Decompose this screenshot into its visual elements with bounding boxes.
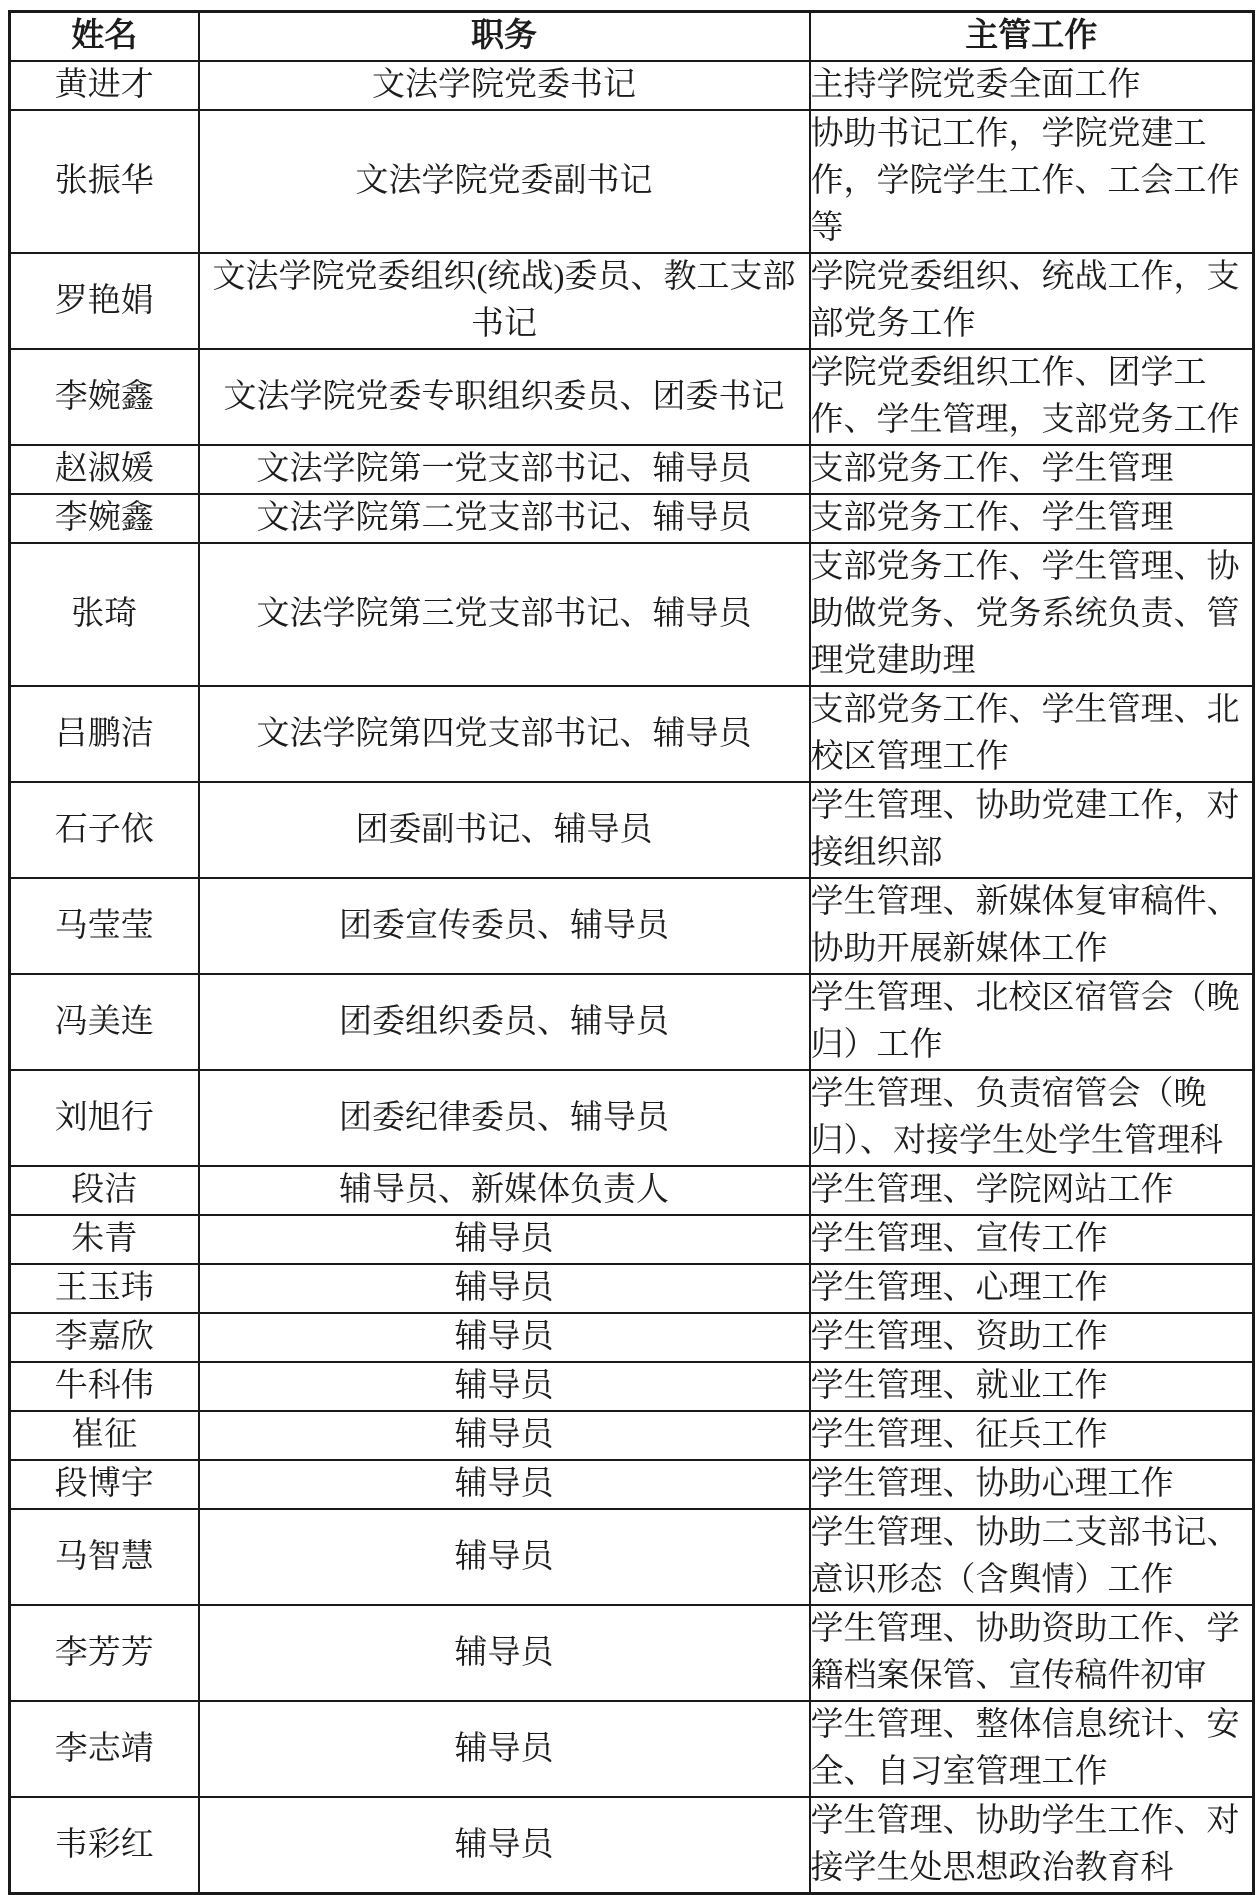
table-row: 李志靖 辅导员 学生管理、整体信息统计、安全、自习室管理工作 (10, 1701, 1254, 1797)
table-row: 朱青 辅导员 学生管理、宣传工作 (10, 1215, 1254, 1264)
position-cell: 团委纪律委员、辅导员 (199, 1070, 810, 1166)
column-header-position: 职务 (199, 12, 810, 62)
duty-cell: 支部党务工作、学生管理、协助做党务、党务系统负责、管理党建助理 (810, 543, 1254, 686)
position-cell: 辅导员 (199, 1215, 810, 1264)
position-cell: 辅导员 (199, 1460, 810, 1509)
duty-cell: 支部党务工作、学生管理 (810, 494, 1254, 543)
table-row: 牛科伟 辅导员 学生管理、就业工作 (10, 1362, 1254, 1411)
position-cell: 辅导员 (199, 1797, 810, 1894)
duty-cell: 学生管理、协助二支部书记、意识形态（含舆情）工作 (810, 1509, 1254, 1605)
staff-table: 姓名 职务 主管工作 黄进才 文法学院党委书记 主持学院党委全面工作 张振华 文… (8, 10, 1255, 1895)
duty-cell: 主持学院党委全面工作 (810, 61, 1254, 110)
name-cell: 石子依 (10, 782, 199, 878)
table-row: 崔征 辅导员 学生管理、征兵工作 (10, 1411, 1254, 1460)
position-cell: 文法学院党委副书记 (199, 110, 810, 253)
name-cell: 马智慧 (10, 1509, 199, 1605)
table-row: 赵淑媛 文法学院第一党支部书记、辅导员 支部党务工作、学生管理 (10, 445, 1254, 494)
duty-cell: 学生管理、负责宿管会（晚归）、对接学生处学生管理科 (810, 1070, 1254, 1166)
position-cell: 文法学院第四党支部书记、辅导员 (199, 686, 810, 782)
table-row: 李芳芳 辅导员 学生管理、协助资助工作、学籍档案保管、宣传稿件初审 (10, 1605, 1254, 1701)
position-cell: 辅导员 (199, 1411, 810, 1460)
name-cell: 崔征 (10, 1411, 199, 1460)
duty-cell: 学院党委组织、统战工作，支部党务工作 (810, 253, 1254, 349)
duty-cell: 学生管理、整体信息统计、安全、自习室管理工作 (810, 1701, 1254, 1797)
duty-cell: 学生管理、资助工作 (810, 1313, 1254, 1362)
table-row: 李嘉欣 辅导员 学生管理、资助工作 (10, 1313, 1254, 1362)
duty-cell: 学生管理、协助资助工作、学籍档案保管、宣传稿件初审 (810, 1605, 1254, 1701)
table-row: 马莹莹 团委宣传委员、辅导员 学生管理、新媒体复审稿件、协助开展新媒体工作 (10, 878, 1254, 974)
duty-cell: 学生管理、征兵工作 (810, 1411, 1254, 1460)
name-cell: 吕鹏洁 (10, 686, 199, 782)
position-cell: 团委副书记、辅导员 (199, 782, 810, 878)
name-cell: 刘旭行 (10, 1070, 199, 1166)
duty-cell: 支部党务工作、学生管理、北校区管理工作 (810, 686, 1254, 782)
name-cell: 李志靖 (10, 1701, 199, 1797)
table-row: 马智慧 辅导员 学生管理、协助二支部书记、意识形态（含舆情）工作 (10, 1509, 1254, 1605)
duty-cell: 学生管理、新媒体复审稿件、协助开展新媒体工作 (810, 878, 1254, 974)
duty-cell: 学生管理、心理工作 (810, 1264, 1254, 1313)
position-cell: 文法学院第一党支部书记、辅导员 (199, 445, 810, 494)
position-cell: 文法学院第三党支部书记、辅导员 (199, 543, 810, 686)
position-cell: 团委宣传委员、辅导员 (199, 878, 810, 974)
position-cell: 辅导员 (199, 1605, 810, 1701)
name-cell: 李婉鑫 (10, 494, 199, 543)
name-cell: 李芳芳 (10, 1605, 199, 1701)
position-cell: 辅导员、新媒体负责人 (199, 1166, 810, 1215)
table-row: 吕鹏洁 文法学院第四党支部书记、辅导员 支部党务工作、学生管理、北校区管理工作 (10, 686, 1254, 782)
position-cell: 文法学院第二党支部书记、辅导员 (199, 494, 810, 543)
position-cell: 文法学院党委组织(统战)委员、教工支部书记 (199, 253, 810, 349)
table-row: 石子依 团委副书记、辅导员 学生管理、协助党建工作，对接组织部 (10, 782, 1254, 878)
duty-cell: 学生管理、宣传工作 (810, 1215, 1254, 1264)
name-cell: 王玉玮 (10, 1264, 199, 1313)
name-cell: 段洁 (10, 1166, 199, 1215)
name-cell: 段博宇 (10, 1460, 199, 1509)
table-row: 段博宇 辅导员 学生管理、协助心理工作 (10, 1460, 1254, 1509)
duty-cell: 学生管理、协助学生工作、对接学生处思想政治教育科 (810, 1797, 1254, 1894)
position-cell: 辅导员 (199, 1362, 810, 1411)
name-cell: 李嘉欣 (10, 1313, 199, 1362)
position-cell: 辅导员 (199, 1313, 810, 1362)
duty-cell: 学生管理、协助心理工作 (810, 1460, 1254, 1509)
position-cell: 辅导员 (199, 1701, 810, 1797)
name-cell: 黄进才 (10, 61, 199, 110)
duty-cell: 学生管理、协助党建工作，对接组织部 (810, 782, 1254, 878)
position-cell: 文法学院党委专职组织委员、团委书记 (199, 349, 810, 445)
column-header-name: 姓名 (10, 12, 199, 62)
table-row: 罗艳娟 文法学院党委组织(统战)委员、教工支部书记 学院党委组织、统战工作，支部… (10, 253, 1254, 349)
name-cell: 张琦 (10, 543, 199, 686)
name-cell: 朱青 (10, 1215, 199, 1264)
table-row: 李婉鑫 文法学院党委专职组织委员、团委书记 学院党委组织工作、团学工作、学生管理… (10, 349, 1254, 445)
duty-cell: 学生管理、北校区宿管会（晚归）工作 (810, 974, 1254, 1070)
name-cell: 罗艳娟 (10, 253, 199, 349)
table-row: 张振华 文法学院党委副书记 协助书记工作，学院党建工作，学院学生工作、工会工作等 (10, 110, 1254, 253)
name-cell: 赵淑媛 (10, 445, 199, 494)
table-row: 李婉鑫 文法学院第二党支部书记、辅导员 支部党务工作、学生管理 (10, 494, 1254, 543)
table-row: 韦彩红 辅导员 学生管理、协助学生工作、对接学生处思想政治教育科 (10, 1797, 1254, 1894)
duty-cell: 学生管理、就业工作 (810, 1362, 1254, 1411)
name-cell: 马莹莹 (10, 878, 199, 974)
table-row: 王玉玮 辅导员 学生管理、心理工作 (10, 1264, 1254, 1313)
name-cell: 韦彩红 (10, 1797, 199, 1894)
name-cell: 张振华 (10, 110, 199, 253)
duty-cell: 支部党务工作、学生管理 (810, 445, 1254, 494)
table-row: 刘旭行 团委纪律委员、辅导员 学生管理、负责宿管会（晚归）、对接学生处学生管理科 (10, 1070, 1254, 1166)
position-cell: 团委组织委员、辅导员 (199, 974, 810, 1070)
position-cell: 辅导员 (199, 1264, 810, 1313)
duty-cell: 学院党委组织工作、团学工作、学生管理，支部党务工作 (810, 349, 1254, 445)
column-header-duty: 主管工作 (810, 12, 1254, 62)
duty-cell: 协助书记工作，学院党建工作，学院学生工作、工会工作等 (810, 110, 1254, 253)
table-row: 张琦 文法学院第三党支部书记、辅导员 支部党务工作、学生管理、协助做党务、党务系… (10, 543, 1254, 686)
name-cell: 牛科伟 (10, 1362, 199, 1411)
table-row: 冯美连 团委组织委员、辅导员 学生管理、北校区宿管会（晚归）工作 (10, 974, 1254, 1070)
header-row: 姓名 职务 主管工作 (10, 12, 1254, 62)
position-cell: 文法学院党委书记 (199, 61, 810, 110)
table-row: 段洁 辅导员、新媒体负责人 学生管理、学院网站工作 (10, 1166, 1254, 1215)
name-cell: 李婉鑫 (10, 349, 199, 445)
table-row: 黄进才 文法学院党委书记 主持学院党委全面工作 (10, 61, 1254, 110)
duty-cell: 学生管理、学院网站工作 (810, 1166, 1254, 1215)
position-cell: 辅导员 (199, 1509, 810, 1605)
name-cell: 冯美连 (10, 974, 199, 1070)
document-page: 姓名 职务 主管工作 黄进才 文法学院党委书记 主持学院党委全面工作 张振华 文… (0, 0, 1260, 1862)
